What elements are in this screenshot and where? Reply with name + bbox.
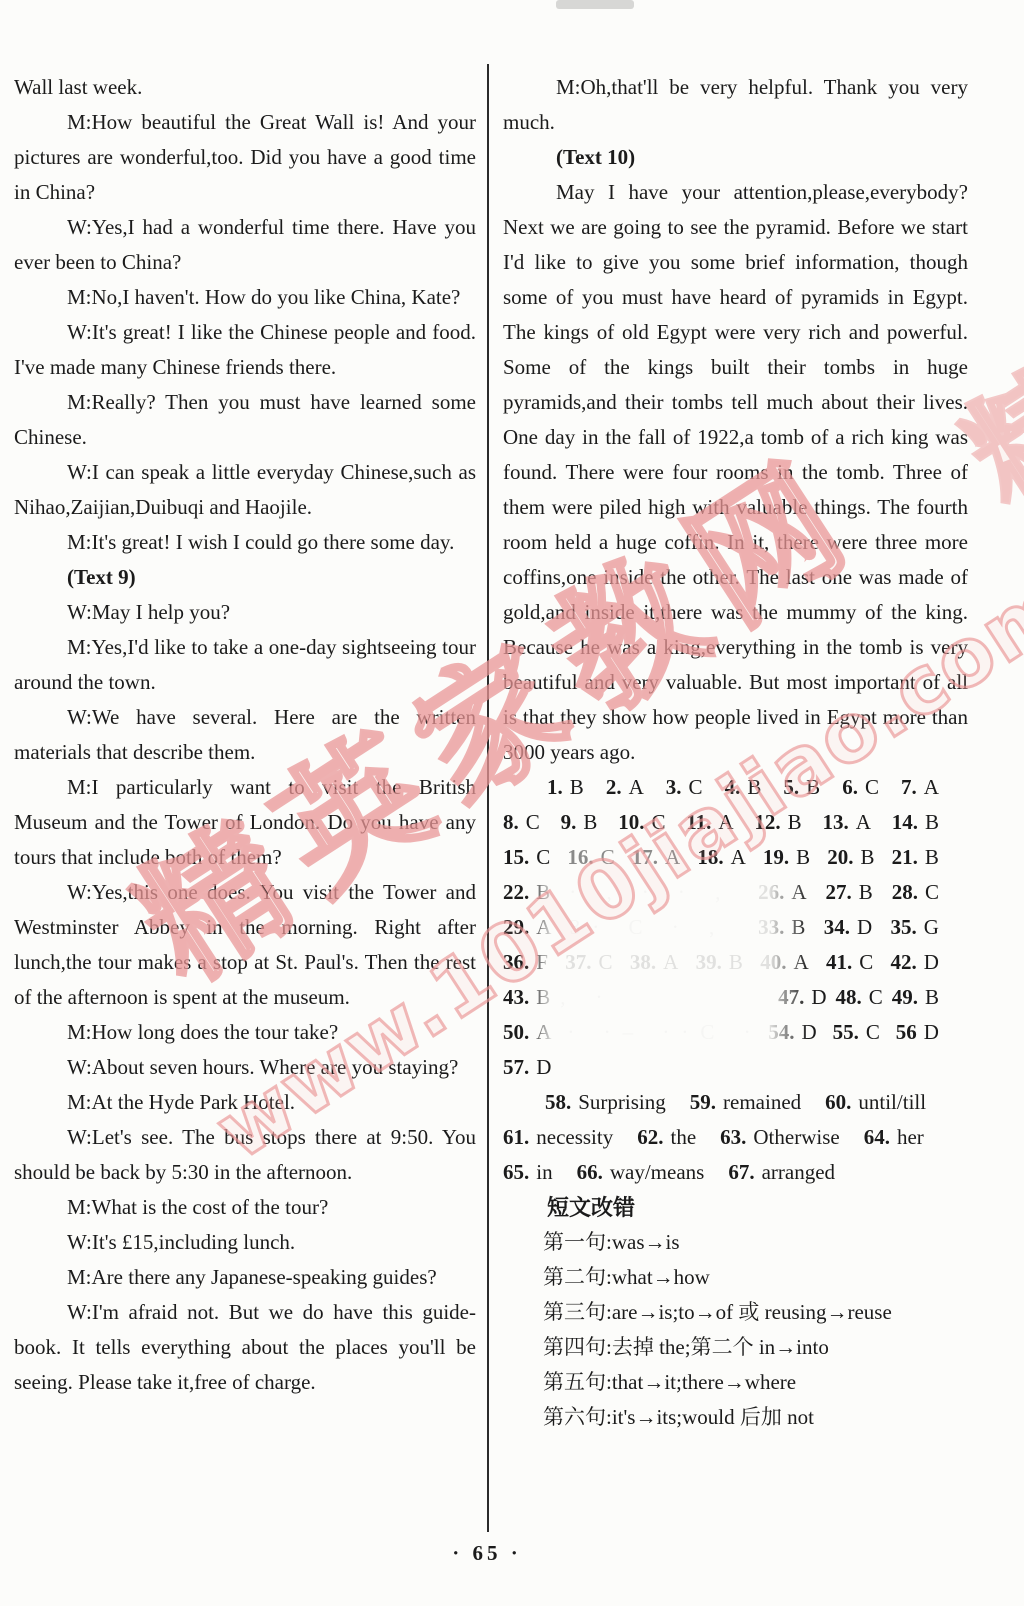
answer-row: 8.C9.B10.C11.A12.B13.A14.B: [503, 805, 939, 840]
answer-row: 36.F37.C38.A39.B40.A41.C42.D: [503, 945, 939, 980]
correction-line: 第一句:was→is: [503, 1225, 968, 1260]
answer-cell: 16.C: [567, 840, 614, 875]
correction-line: 第六句:it's→its;would 后加 not: [503, 1400, 968, 1435]
dialogue-line: M:How beautiful the Great Wall is! And y…: [14, 105, 476, 210]
answer-cell: 4.B: [725, 770, 762, 805]
fill-in-answers: 58.Surprising59.remained60.until/till61.…: [503, 1085, 968, 1190]
answer-cell: 43.B: [503, 980, 550, 1015]
answer-cell: 42.D: [891, 945, 939, 980]
answer-row: 43.B‚ ·47.D48.C49.B: [503, 980, 939, 1015]
answer-cell: 21.B: [892, 840, 939, 875]
answer-cell: 26.A: [758, 875, 806, 910]
answer-cell: 34.D: [824, 910, 872, 945]
column-divider: [487, 64, 489, 1532]
answer-row: 15.C16.C17.A18.A19.B20.B21.B: [503, 840, 939, 875]
erased-remnant: · ‚ · · ‚: [569, 875, 739, 910]
answer-cell: 38.A: [630, 945, 678, 980]
dialogue-line: M:Oh,that'll be very helpful. Thank you …: [503, 70, 968, 140]
fill-answer-row: 61.necessity62.the63.Otherwise64.her: [503, 1120, 968, 1155]
fill-answer-row: 58.Surprising59.remained60.until/till: [503, 1085, 968, 1120]
answer-cell: 47.D: [778, 980, 826, 1015]
answer-cell: 27.B: [826, 875, 873, 910]
left-column: Wall last week.M:How beautiful the Great…: [14, 70, 476, 1400]
fill-answer: 61.necessity: [503, 1120, 613, 1155]
text-section-heading: (Text 9): [14, 560, 476, 595]
dialogue-line: M:At the Hyde Park Hotel.: [14, 1085, 476, 1120]
answer-cell: 50.A: [503, 1015, 551, 1050]
dialogue-line: W:May I help you?: [14, 595, 476, 630]
fill-answer: 63.Otherwise: [720, 1120, 840, 1155]
answer-cell: 33.B: [758, 910, 805, 945]
dialogue-line: W:About seven hours. Where are you stayi…: [14, 1050, 476, 1085]
erased-remnant: 3· C · ‚ L: [570, 910, 740, 945]
dialogue-line: W:Yes,this one does. You visit the Tower…: [14, 875, 476, 1015]
answer-cell: 40.A: [760, 945, 808, 980]
answer-cell: 13.A: [822, 805, 870, 840]
dialogue-line: M:No,I haven't. How do you like China, K…: [14, 280, 476, 315]
answer-row: 50.A· ·– ··C ··A54.D55.C56D: [503, 1015, 939, 1050]
answer-cell: 5.B: [783, 770, 820, 805]
answer-cell: 6.C: [842, 770, 879, 805]
answer-cell: 49.B: [892, 980, 939, 1015]
answer-cell: 3.C: [666, 770, 703, 805]
dialogue-line: M:It's great! I wish I could go there so…: [14, 525, 476, 560]
scanned-answer-page: Wall last week.M:How beautiful the Great…: [0, 0, 1024, 1606]
answer-cell: 14.B: [892, 805, 939, 840]
erased-remnant: · ·– ··C ··A: [567, 1015, 752, 1050]
fill-answer: 60.until/till: [825, 1085, 926, 1120]
dialogue-line: W:Let's see. The bus stops there at 9:50…: [14, 1120, 476, 1190]
correction-line: 第五句:that→it;there→where: [503, 1365, 968, 1400]
corrections-list: 第一句:was→is第二句:what→how第三句:are→is;to→of 或…: [503, 1225, 968, 1435]
fill-answer: 64.her: [864, 1120, 924, 1155]
answer-cell: 22.B: [503, 875, 550, 910]
right-column-text: M:Oh,that'll be very helpful. Thank you …: [503, 70, 968, 770]
page-number: · 65 ·: [0, 1541, 974, 1566]
answer-cell: 18.A: [697, 840, 745, 875]
answer-cell: 8.C: [503, 805, 540, 840]
fill-answer: 62.the: [637, 1120, 696, 1155]
answer-cell: 56D: [896, 1015, 939, 1050]
fill-answer: 59.remained: [690, 1085, 801, 1120]
answer-cell: 2.A: [606, 770, 644, 805]
correction-line: 第四句:去掉 the;第二个 in→into: [503, 1330, 968, 1365]
answer-cell: 39.B: [696, 945, 743, 980]
answer-cell: 1.B: [547, 770, 584, 805]
answer-cell: 20.B: [827, 840, 874, 875]
answer-cell: 15.C: [503, 840, 550, 875]
dialogue-line: W:Yes,I had a wonderful time there. Have…: [14, 210, 476, 280]
answer-cell: 28.C: [892, 875, 939, 910]
dialogue-line: W:We have several. Here are the written …: [14, 700, 476, 770]
answer-cell: 36.F: [503, 945, 548, 980]
dialogue-line: May I have your attention,please,everybo…: [503, 175, 968, 770]
scan-smudge: [556, 0, 634, 9]
answer-cell: 55.C: [833, 1015, 880, 1050]
answer-cell: 17.A: [632, 840, 680, 875]
dialogue-line: W:It's £15,including lunch.: [14, 1225, 476, 1260]
erased-remnant: ‚ ·: [559, 980, 769, 1015]
dialogue-line: W:I can speak a little everyday Chinese,…: [14, 455, 476, 525]
fill-answer: 58.Surprising: [545, 1085, 666, 1120]
answer-cell: 29.A: [503, 910, 551, 945]
answer-cell: 7.A: [901, 770, 939, 805]
answer-cell: 10.C: [618, 805, 665, 840]
answer-row: 57.D: [503, 1050, 939, 1085]
answer-cell: 35.G: [891, 910, 939, 945]
correction-line: 第三句:are→is;to→of 或 reusing→reuse: [503, 1295, 968, 1330]
answer-cell: 19.B: [763, 840, 810, 875]
answer-cell: 9.B: [561, 805, 598, 840]
answer-key-block: 1.B2.A3.C4.B5.B6.C7.A8.C9.B10.C11.A12.B1…: [503, 770, 939, 1085]
answer-cell: 54.D: [768, 1015, 816, 1050]
dialogue-line: M:What is the cost of the tour?: [14, 1190, 476, 1225]
answer-cell: 12.B: [754, 805, 801, 840]
dialogue-line: W:I'm afraid not. But we do have this gu…: [14, 1295, 476, 1400]
fill-answer: 65.in: [503, 1155, 553, 1190]
answer-cell: 11.A: [686, 805, 733, 840]
dialogue-line: M:I particularly want to visit the Briti…: [14, 770, 476, 875]
answer-cell: 57.D: [503, 1050, 551, 1085]
answer-cell: 41.C: [826, 945, 873, 980]
answer-row: 29.A3· C · ‚ L33.B34.D35.G: [503, 910, 939, 945]
dialogue-line: Wall last week.: [14, 70, 476, 105]
dialogue-line: M:How long does the tour take?: [14, 1015, 476, 1050]
answer-cell: 48.C: [836, 980, 883, 1015]
answer-cell: 37.C: [565, 945, 612, 980]
dialogue-line: M:Are there any Japanese-speaking guides…: [14, 1260, 476, 1295]
fill-answer-row: 65.in66.way/means67.arranged: [503, 1155, 968, 1190]
text-section-heading: (Text 10): [503, 140, 968, 175]
right-column: M:Oh,that'll be very helpful. Thank you …: [503, 70, 968, 1435]
correction-line: 第二句:what→how: [503, 1260, 968, 1295]
dialogue-line: W:It's great! I like the Chinese people …: [14, 315, 476, 385]
section-heading: 短文改错: [503, 1190, 968, 1225]
answer-row: 22.B· ‚ · · ‚26.A27.B28.C: [503, 875, 939, 910]
fill-answer: 67.arranged: [728, 1155, 835, 1190]
answer-row: 1.B2.A3.C4.B5.B6.C7.A: [503, 770, 939, 805]
dialogue-line: M:Yes,I'd like to take a one-day sightse…: [14, 630, 476, 700]
fill-answer: 66.way/means: [577, 1155, 705, 1190]
dialogue-line: M:Really? Then you must have learned som…: [14, 385, 476, 455]
